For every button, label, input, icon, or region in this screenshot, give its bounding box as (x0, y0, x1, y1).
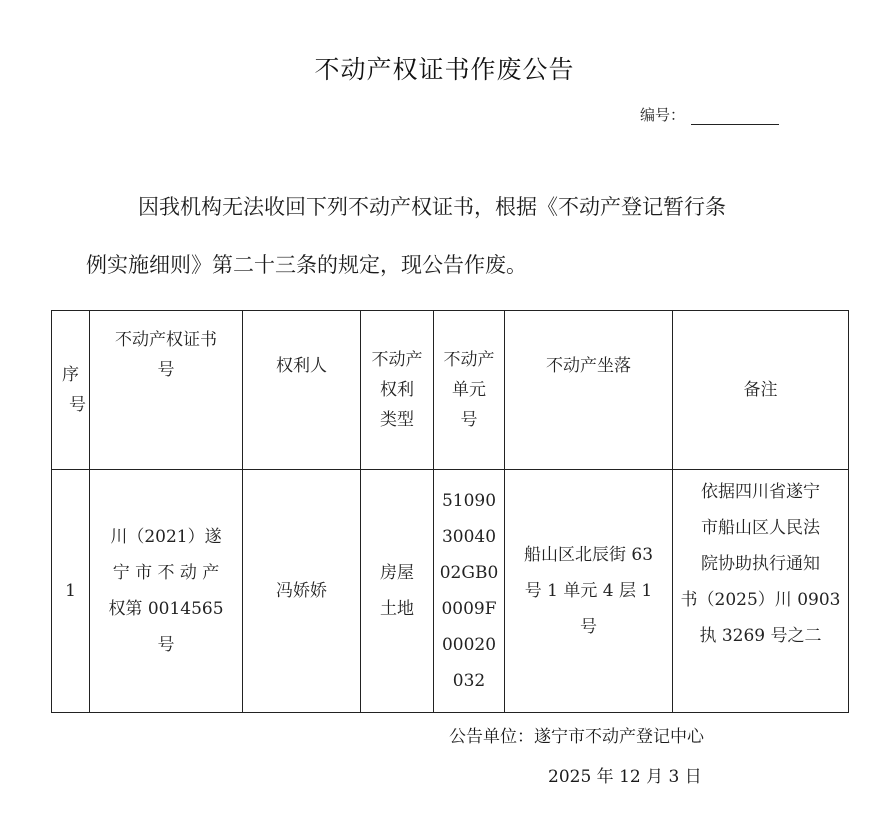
cell-index: 1 (52, 470, 90, 713)
issuing-organization: 公告单位：遂宁市不动产登记中心 (449, 722, 704, 747)
table-header-row: 序 号 不动产权证书 号 权利人 不动产 权利 类型 不动产 单元 号 不动产坐… (52, 311, 849, 470)
header-unit-no: 不动产 单元 号 (434, 311, 505, 470)
header-owner: 权利人 (243, 311, 361, 470)
header-remark: 备注 (673, 311, 849, 470)
cell-unit-no: 51090 30040 02GB0 0009F 00020 032 (434, 470, 505, 713)
table-row: 1 川（2021）遂 宁 市 不 动 产 权第 0014565 号 冯娇娇 房屋… (52, 470, 849, 713)
cell-certificate-no: 川（2021）遂 宁 市 不 动 产 权第 0014565 号 (90, 470, 243, 713)
serial-number: 编号： (640, 104, 779, 125)
body-line-1: 因我机构无法收回下列不动产权证书，根据《不动产登记暂行条 (138, 195, 726, 219)
certificate-table: 序 号 不动产权证书 号 权利人 不动产 权利 类型 不动产 单元 号 不动产坐… (51, 310, 849, 713)
header-location: 不动产坐落 (505, 311, 673, 470)
body-line-2: 例实施细则》第二十三条的规定，现公告作废。 (86, 253, 527, 277)
issue-date: 2025 年 12 月 3 日 (548, 762, 702, 787)
cell-owner: 冯娇娇 (243, 470, 361, 713)
cell-remark: 依据四川省遂宁 市船山区人民法 院协助执行通知 书（2025）川 0903 执 … (673, 470, 849, 713)
header-right-type: 不动产 权利 类型 (361, 311, 434, 470)
header-index: 序 号 (52, 311, 90, 470)
cell-right-type: 房屋 土地 (361, 470, 434, 713)
page-title: 不动产权证书作废公告 (0, 50, 889, 86)
serial-blank (691, 110, 779, 125)
serial-label: 编号： (640, 106, 685, 124)
cell-location: 船山区北辰街 63 号 1 单元 4 层 1 号 (505, 470, 673, 713)
header-certificate-no: 不动产权证书 号 (90, 311, 243, 470)
notice-body: 因我机构无法收回下列不动产权证书，根据《不动产登记暂行条 例实施细则》第二十三条… (86, 178, 806, 294)
